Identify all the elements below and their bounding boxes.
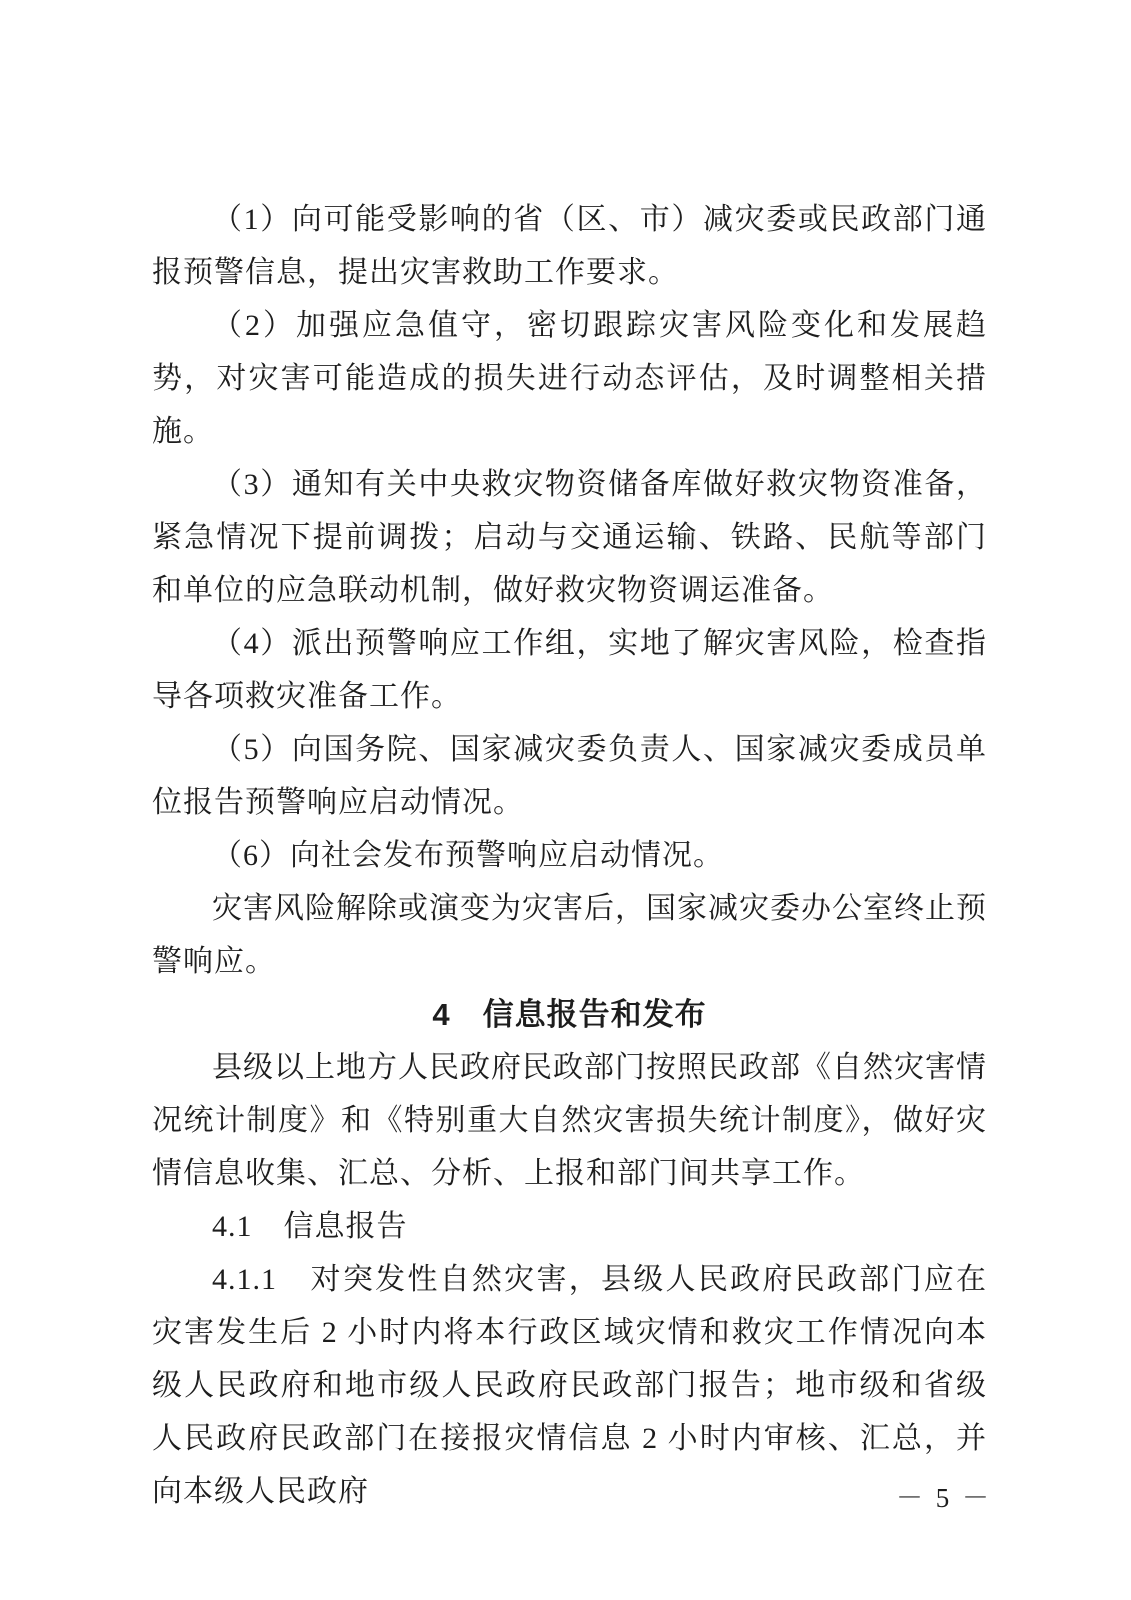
body-paragraph-5: （5）向国务院、国家减灾委负责人、国家减灾委成员单位报告预警响应启动情况。 (152, 723, 987, 829)
subsection-heading: 4.1 信息报告 (152, 1200, 987, 1253)
body-paragraph-2: （2）加强应急值守，密切跟踪灾害风险变化和发展趋势，对灾害可能造成的损失进行动态… (152, 299, 987, 458)
body-paragraph-9: 4.1.1 对突发性自然灾害，县级人民政府民政部门应在灾害发生后 2 小时内将本… (152, 1253, 987, 1518)
body-paragraph-1: （1）向可能受影响的省（区、市）减灾委或民政部门通报预警信息，提出灾害救助工作要… (152, 193, 987, 299)
body-paragraph-7: 灾害风险解除或演变为灾害后，国家减灾委办公室终止预警响应。 (152, 882, 987, 988)
page-content: （1）向可能受影响的省（区、市）减灾委或民政部门通报预警信息，提出灾害救助工作要… (152, 193, 987, 1518)
section-heading: 4 信息报告和发布 (152, 988, 987, 1041)
body-paragraph-4: （4）派出预警响应工作组，实地了解灾害风险，检查指导各项救灾准备工作。 (152, 617, 987, 723)
body-paragraph-6: （6）向社会发布预警响应启动情况。 (152, 829, 987, 882)
body-paragraph-3: （3）通知有关中央救灾物资储备库做好救灾物资准备，紧急情况下提前调拨；启动与交通… (152, 458, 987, 617)
body-paragraph-8: 县级以上地方人民政府民政部门按照民政部《自然灾害情况统计制度》和《特别重大自然灾… (152, 1041, 987, 1200)
document-page: （1）向可能受影响的省（区、市）减灾委或民政部门通报预警信息，提出灾害救助工作要… (0, 0, 1131, 1600)
page-number: － 5 － (152, 1481, 992, 1515)
